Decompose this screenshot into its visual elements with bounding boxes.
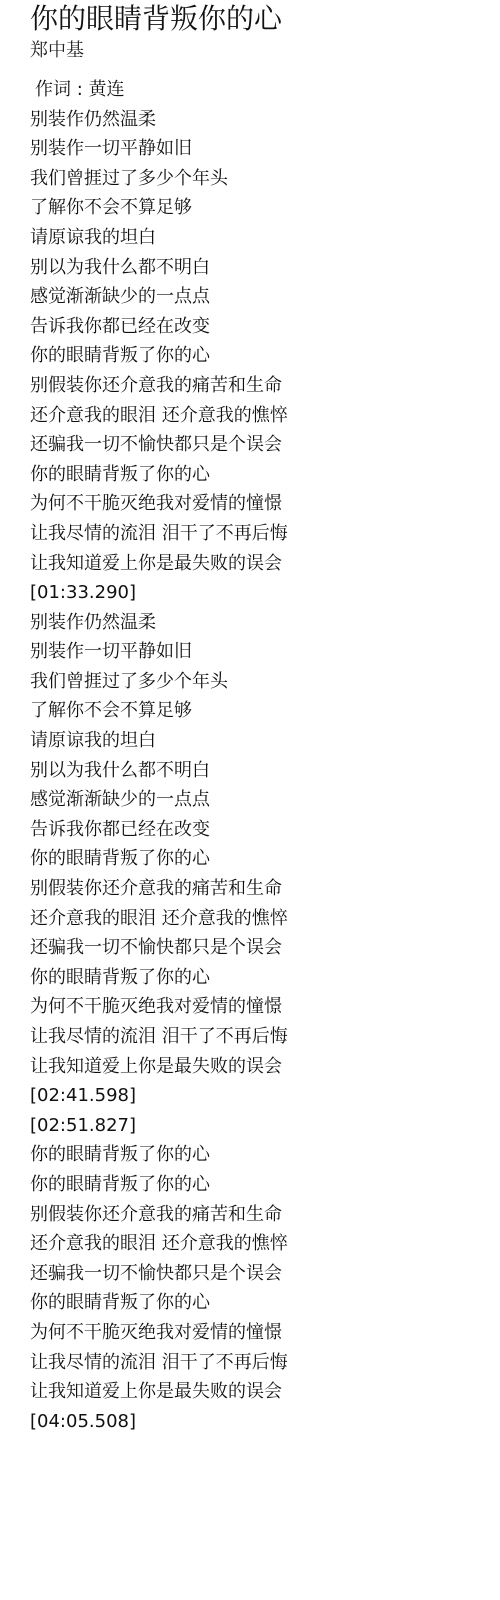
lyric-line: 别装作一切平静如旧 <box>30 134 500 164</box>
lyric-line: 我们曾捱过了多少个年头 <box>30 164 500 194</box>
lyric-line: 还骗我一切不愉快都只是个误会 <box>30 430 500 460</box>
lyric-line: 感觉渐渐缺少的一点点 <box>30 785 500 815</box>
lyric-line: 让我尽情的流泪 泪干了不再后悔 <box>30 519 500 549</box>
lyric-line: 别以为我什么都不明白 <box>30 253 500 283</box>
lyric-line: 你的眼睛背叛了你的心 <box>30 963 500 993</box>
lyric-line: 请原谅我的坦白 <box>30 223 500 253</box>
lyric-line: 你的眼睛背叛了你的心 <box>30 844 500 874</box>
lyric-line: 请原谅我的坦白 <box>30 726 500 756</box>
lyric-line: 让我知道爱上你是最失败的误会 <box>30 549 500 579</box>
lyric-line: 你的眼睛背叛了你的心 <box>30 1140 500 1170</box>
lyric-line: 还介意我的眼泪 还介意我的憔悴 <box>30 401 500 431</box>
lyric-line: 还骗我一切不愉快都只是个误会 <box>30 933 500 963</box>
timestamp-line: [02:51.827] <box>30 1111 500 1141</box>
lyric-line: 别装作仍然温柔 <box>30 105 500 135</box>
artist-name: 郑中基 <box>30 37 500 65</box>
lyric-line: 还介意我的眼泪 还介意我的憔悴 <box>30 1229 500 1259</box>
lyric-line: 告诉我你都已经在改变 <box>30 815 500 845</box>
lyric-line: 别假装你还介意我的痛苦和生命 <box>30 1200 500 1230</box>
lyrics-page: 你的眼睛背叛你的心 郑中基 作词 : 黄连别装作仍然温柔别装作一切平静如旧我们曾… <box>0 0 500 1436</box>
timestamp-line: [04:05.508] <box>30 1407 500 1437</box>
lyric-line: 为何不干脆灭绝我对爱情的憧憬 <box>30 1318 500 1348</box>
timestamp-line: [02:41.598] <box>30 1081 500 1111</box>
lyric-line: 你的眼睛背叛了你的心 <box>30 1288 500 1318</box>
song-title: 你的眼睛背叛你的心 <box>30 0 500 37</box>
lyric-line: 别以为我什么都不明白 <box>30 756 500 786</box>
lyric-line: 了解你不会不算足够 <box>30 696 500 726</box>
lyric-line: 别假装你还介意我的痛苦和生命 <box>30 874 500 904</box>
lyric-line: 别假装你还介意我的痛苦和生命 <box>30 371 500 401</box>
lyric-line: 别装作一切平静如旧 <box>30 637 500 667</box>
lyric-line: 你的眼睛背叛了你的心 <box>30 341 500 371</box>
lyric-line: 让我尽情的流泪 泪干了不再后悔 <box>30 1022 500 1052</box>
lyric-line: 你的眼睛背叛了你的心 <box>30 460 500 490</box>
timestamp-line: [01:33.290] <box>30 578 500 608</box>
lyrics-body: 作词 : 黄连别装作仍然温柔别装作一切平静如旧我们曾捱过了多少个年头了解你不会不… <box>30 75 500 1436</box>
lyric-line: 我们曾捱过了多少个年头 <box>30 667 500 697</box>
lyric-line: 了解你不会不算足够 <box>30 193 500 223</box>
lyric-line: 让我尽情的流泪 泪干了不再后悔 <box>30 1348 500 1378</box>
lyric-line: 让我知道爱上你是最失败的误会 <box>30 1377 500 1407</box>
lyric-line: 为何不干脆灭绝我对爱情的憧憬 <box>30 489 500 519</box>
lyric-line: 你的眼睛背叛了你的心 <box>30 1170 500 1200</box>
lyric-line: 为何不干脆灭绝我对爱情的憧憬 <box>30 992 500 1022</box>
lyric-line: 还骗我一切不愉快都只是个误会 <box>30 1259 500 1289</box>
lyricist-credit: 作词 : 黄连 <box>30 75 500 105</box>
lyric-line: 感觉渐渐缺少的一点点 <box>30 282 500 312</box>
lyric-line: 别装作仍然温柔 <box>30 608 500 638</box>
lyric-line: 还介意我的眼泪 还介意我的憔悴 <box>30 904 500 934</box>
lyric-line: 让我知道爱上你是最失败的误会 <box>30 1052 500 1082</box>
lyric-line: 告诉我你都已经在改变 <box>30 312 500 342</box>
